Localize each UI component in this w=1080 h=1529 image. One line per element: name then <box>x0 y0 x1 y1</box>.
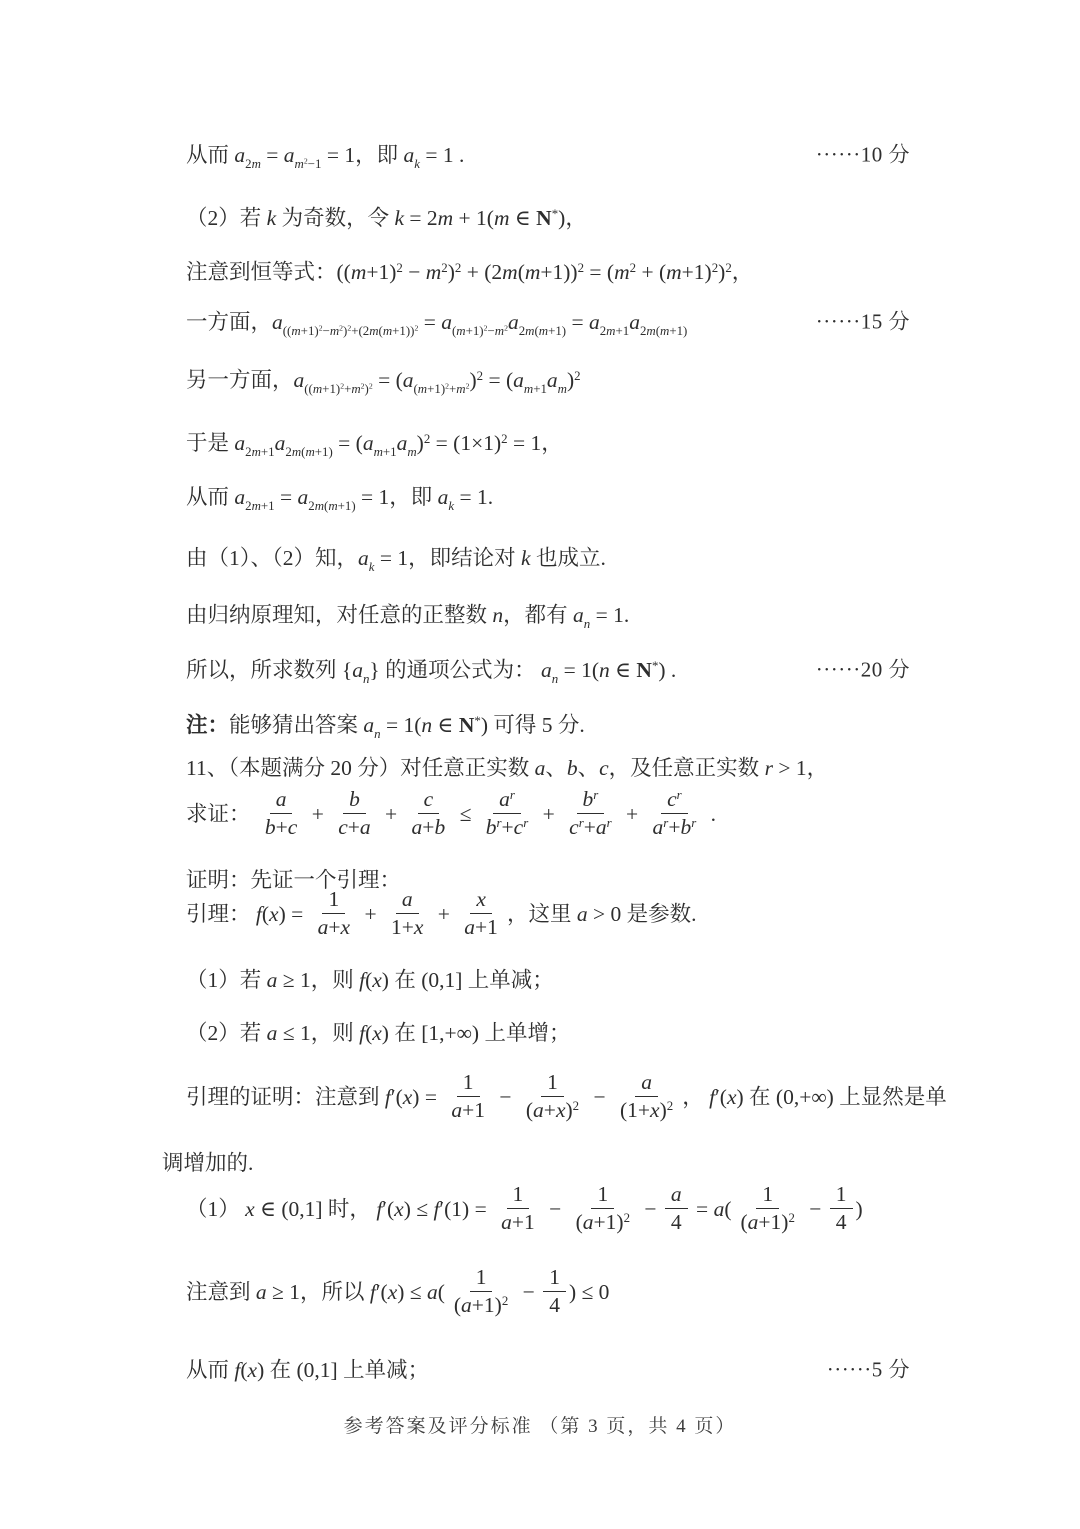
math-variable: a <box>272 310 283 334</box>
math-variable: a <box>234 431 245 455</box>
text-run: 1 <box>762 1182 773 1206</box>
math-variable: m <box>383 324 392 338</box>
text-run: = <box>691 1197 714 1221</box>
math-variable: m <box>252 157 261 171</box>
math-variable: a <box>748 1210 759 1234</box>
text-run: +1) <box>322 382 340 396</box>
math-variable: a <box>275 431 286 455</box>
text-run: 从而 <box>186 1358 234 1382</box>
math-variable: a <box>358 546 369 570</box>
text-run: 1 <box>513 1182 524 1206</box>
math-variable: n <box>599 658 610 682</box>
document-line: 注：能够猜出答案 an = 1(n ∈ N*) 可得 5 分. <box>186 709 910 741</box>
math-variable: m <box>315 499 324 513</box>
text-run: ) 在 (0,1] 上单减； <box>382 968 554 992</box>
math-variable: a <box>653 815 664 839</box>
text-run: +1) <box>315 445 333 459</box>
text-run: = 1，即 <box>321 143 403 167</box>
text-run: ) 可得 5 分. <box>481 713 585 737</box>
subscript: 2m+1 <box>245 499 274 513</box>
text-run: +(2 <box>351 324 369 338</box>
text-run: ( <box>518 260 525 284</box>
fraction-denominator: (a+x)2 <box>520 1097 585 1123</box>
math-variable: c <box>424 787 434 811</box>
text-run: 引理： <box>186 902 256 926</box>
text-run: ∈ (0,1] 时， <box>255 1197 377 1221</box>
text-run: ) <box>417 431 424 455</box>
text-run: （1）若 <box>186 968 267 992</box>
text-run: 1 <box>328 887 339 911</box>
superscript: r <box>593 788 598 802</box>
fraction-denominator: 4 <box>543 1292 566 1318</box>
math-variable: b <box>680 815 691 839</box>
text-run: +1 <box>475 915 498 939</box>
text-run: +1 <box>261 445 275 459</box>
page-footer: 参考答案及评分标准 （第 3 页，共 4 页） <box>0 1411 1080 1438</box>
math-variable: a <box>499 787 510 811</box>
text-run: − <box>403 260 426 284</box>
text-run: N <box>536 206 552 230</box>
subscript: 2m+1 <box>245 445 274 459</box>
text-run: 由归纳原理知，对任意的正整数 <box>186 603 492 627</box>
math-variable: a <box>403 143 414 167</box>
math-variable: x <box>248 1358 258 1382</box>
math-variable: m <box>418 382 427 396</box>
math-variable: m <box>558 382 567 396</box>
math-variable: r <box>523 816 528 830</box>
math-variable: a <box>589 310 600 334</box>
text-run: . <box>705 802 716 826</box>
document-line: 注意到恒等式：((m+1)2 − m2)2 + (2m(m+1))2 = (m2… <box>186 256 910 288</box>
fraction: arbr+cr <box>480 787 535 839</box>
fraction: 14 <box>543 1265 566 1317</box>
math-variable: a <box>363 431 374 455</box>
document-line: 一方面，a((m+1)2−m2)2+(2m(m+1))2 = a(m+1)2−m… <box>186 306 910 338</box>
math-variable: x <box>341 915 351 939</box>
math-variable: x <box>403 1085 413 1109</box>
text-run: （2）若 <box>186 206 267 230</box>
math-variable: a <box>508 310 519 334</box>
fraction-numerator: c <box>418 787 440 814</box>
math-variable: a <box>284 143 295 167</box>
text-run: ′( <box>382 1197 394 1221</box>
text-run: (( <box>304 382 313 396</box>
fraction-denominator: a+1 <box>495 1209 541 1235</box>
math-variable: c <box>338 815 348 839</box>
subscript: (m+1)2+m2 <box>414 382 470 396</box>
text-run: 2 <box>574 369 580 383</box>
text-run: 证明：先证一个引理： <box>186 868 401 892</box>
text-run: 另一方面， <box>186 368 294 392</box>
document-line: 求证： ab+c + bc+a + ca+b ≤ arbr+cr + brcr+… <box>186 790 910 842</box>
math-variable: k <box>394 206 404 230</box>
math-variable: b <box>486 815 497 839</box>
text-run: − <box>588 1085 611 1109</box>
text-run: ，这里 <box>507 902 577 926</box>
fraction: 14 <box>830 1182 853 1234</box>
text-run: + <box>502 815 514 839</box>
text-run: +1) <box>366 260 396 284</box>
text-run: ) <box>448 260 455 284</box>
math-variable: m <box>426 260 442 284</box>
text-run: +1 <box>615 324 629 338</box>
text-run: +1) <box>682 260 712 284</box>
math-variable: c <box>667 787 677 811</box>
text-run: （2）若 <box>186 1021 267 1045</box>
text-run: ( <box>240 1358 247 1382</box>
math-variable: m <box>438 206 454 230</box>
text-run: +1) <box>427 382 445 396</box>
text-run: = 1. <box>454 485 493 509</box>
text-run: 从而 <box>186 143 234 167</box>
text-run: 1 <box>547 1070 558 1094</box>
document-line: 引理： f(x) = 1a+x + a1+x + xa+1，这里 a > 0 是… <box>186 890 910 942</box>
fraction: a(1+x)2 <box>614 1070 679 1122</box>
text-run: = 1( <box>381 713 422 737</box>
text-run: 11、（本题满分 20 分）对任意正实数 <box>186 756 535 780</box>
math-variable: a <box>573 603 584 627</box>
fraction-denominator: a+1 <box>458 914 504 940</box>
fraction: a1+x <box>385 887 429 939</box>
fraction-numerator: 1 <box>541 1070 564 1097</box>
math-variable: a <box>403 368 414 392</box>
text-run: = 1. <box>590 603 629 627</box>
text-run: 为奇数，令 <box>276 206 394 230</box>
text-run: ) . <box>658 658 676 682</box>
fraction: 1a+1 <box>445 1070 491 1122</box>
math-variable: b <box>265 815 276 839</box>
math-variable: a <box>427 1280 438 1304</box>
fraction-denominator: ar+br <box>647 814 703 840</box>
math-variable: x <box>727 1085 737 1109</box>
text-run: 、 <box>578 756 600 780</box>
math-variable: r <box>593 788 598 802</box>
math-variable: a <box>402 887 413 911</box>
fraction-denominator: (a+1)2 <box>570 1209 636 1235</box>
fraction-denominator: a+1 <box>445 1097 491 1123</box>
fraction-numerator: a <box>635 1070 658 1097</box>
document-line: 调增加的. <box>162 1147 886 1179</box>
text-run: +1) <box>301 324 319 338</box>
math-variable: r <box>691 816 696 830</box>
fraction-denominator: br+cr <box>480 814 535 840</box>
math-variable: m <box>292 445 301 459</box>
text-run: + <box>584 815 596 839</box>
math-variable: n <box>421 713 432 737</box>
math-variable: a <box>513 368 524 392</box>
text-run: ( <box>724 1197 731 1221</box>
fraction: 1(a+1)2 <box>570 1182 636 1234</box>
text-run: ) = <box>279 902 309 926</box>
document-line: 从而 f(x) 在 (0,1] 上单减；······5 分 <box>186 1354 910 1386</box>
document-line: 由归纳原理知，对任意的正整数 n，都有 an = 1. <box>186 599 910 631</box>
math-variable: x <box>372 1021 382 1045</box>
fraction-numerator: a <box>270 787 293 814</box>
superscript: 2 <box>624 1211 630 1225</box>
math-variable: a <box>267 1021 278 1045</box>
text-run: + <box>544 1098 556 1122</box>
text-run: 1 <box>836 1182 847 1206</box>
math-variable: a <box>641 1070 652 1094</box>
subscript: 2m+1 <box>600 324 629 338</box>
math-variable: a <box>294 368 305 392</box>
text-run: = 2 <box>404 206 438 230</box>
math-variable: r <box>765 756 773 780</box>
math-variable: m <box>495 324 504 338</box>
text-run: +1 <box>383 445 397 459</box>
math-variable: m <box>524 382 533 396</box>
text-run: ) 在 [1,+∞) 上单增； <box>382 1021 571 1045</box>
subscript: m+1 <box>374 445 397 459</box>
math-variable: a <box>629 310 640 334</box>
text-run: = <box>566 310 589 334</box>
math-variable: x <box>650 1098 660 1122</box>
text-run: 能够猜出答案 <box>229 713 363 737</box>
text-run: ，都有 <box>503 603 573 627</box>
math-variable: m <box>328 499 337 513</box>
fraction-denominator: 4 <box>665 1209 688 1235</box>
math-variable: a <box>412 815 423 839</box>
text-run: +1) <box>594 1210 624 1234</box>
math-variable: m <box>407 445 416 459</box>
document-line: 引理的证明：注意到 f′(x) = 1a+1 − 1(a+x)2 − a(1+x… <box>186 1073 910 1125</box>
text-run: 2 <box>667 1099 673 1113</box>
fraction-denominator: a+b <box>406 814 452 840</box>
math-variable: a <box>438 485 449 509</box>
fraction-denominator: 1+x <box>385 914 429 940</box>
math-variable: n <box>492 603 503 627</box>
answer-sheet-page: 从而 a2m = am2−1 = 1，即 ak = 1 .······10 分（… <box>0 0 1080 1529</box>
text-run: 一方面， <box>186 310 272 334</box>
score-mark: ······15 分 <box>816 306 910 338</box>
superscript: 2 <box>667 1099 673 1113</box>
math-variable: a <box>714 1197 725 1221</box>
text-run: ( <box>438 1280 445 1304</box>
text-run: ， <box>732 260 754 284</box>
text-run: +1 <box>462 1098 485 1122</box>
text-run: 2 <box>502 1294 508 1308</box>
text-run: = ( <box>373 368 403 392</box>
superscript: r <box>523 816 528 830</box>
fraction-numerator: a <box>396 887 419 914</box>
superscript: 2 <box>502 1294 508 1308</box>
math-variable: m <box>351 260 367 284</box>
math-variable: a <box>451 1098 462 1122</box>
text-run: N <box>636 658 652 682</box>
math-variable: c <box>288 815 298 839</box>
document-line: 由（1）、（2）知，ak = 1，即结论对 k 也成立. <box>186 542 910 574</box>
text-run: ′( <box>391 1085 403 1109</box>
text-run: + <box>537 802 560 826</box>
superscript: 2 <box>788 1211 794 1225</box>
subscript: 2m(m+1) <box>640 324 687 338</box>
text-run: +1 <box>261 499 275 513</box>
text-run: 4 <box>671 1210 682 1234</box>
fraction-denominator: 4 <box>830 1209 853 1235</box>
subscript: 2m(m+1) <box>285 445 332 459</box>
document-line: 于是 a2m+1a2m(m+1) = (am+1am)2 = (1×1)2 = … <box>186 427 910 459</box>
math-variable: a <box>234 143 245 167</box>
math-variable: r <box>677 788 682 802</box>
math-variable: a <box>352 658 363 682</box>
math-variable: a <box>533 1098 544 1122</box>
text-run: = 1， <box>508 431 563 455</box>
text-run: ) <box>469 368 476 392</box>
math-variable: a <box>360 815 371 839</box>
math-variable: m <box>614 260 630 284</box>
text-run: 1 <box>549 1265 560 1289</box>
text-run: + <box>432 902 455 926</box>
text-run: + <box>306 802 329 826</box>
math-variable: a <box>464 915 475 939</box>
text-run: 4 <box>836 1210 847 1234</box>
math-variable: a <box>541 658 552 682</box>
math-variable: m <box>660 324 669 338</box>
math-variable: m <box>646 324 655 338</box>
text-run: 调增加的. <box>162 1151 253 1175</box>
text-run: = ( <box>584 260 614 284</box>
text-run: ) <box>660 1098 667 1122</box>
subscript: m <box>558 382 567 396</box>
math-variable: a <box>267 968 278 992</box>
math-variable: c <box>599 756 609 780</box>
math-variable: m <box>456 382 465 396</box>
text-run: 、 <box>545 756 567 780</box>
text-run: ( <box>262 902 269 926</box>
math-variable: x <box>414 915 424 939</box>
text-run: （1） <box>186 1197 245 1221</box>
math-variable: r <box>510 788 515 802</box>
fraction: ca+b <box>406 787 452 839</box>
text-run: 所以，所求数列 { <box>186 658 352 682</box>
math-variable: x <box>269 902 279 926</box>
math-variable: a <box>276 787 287 811</box>
text-run: ) ≤ <box>397 1280 427 1304</box>
text-run: ) = <box>412 1085 442 1109</box>
math-variable: x <box>556 1098 566 1122</box>
math-variable: a <box>256 1280 267 1304</box>
fraction: xa+1 <box>458 887 504 939</box>
math-variable: r <box>607 816 612 830</box>
math-variable: m <box>313 382 322 396</box>
subscript: 2m(m+1) <box>519 324 566 338</box>
text-run: ≥ 1，则 <box>277 968 359 992</box>
text-run: +1) <box>472 1293 502 1317</box>
text-run: 也成立. <box>531 546 606 570</box>
text-run: + (2 <box>461 260 502 284</box>
text-run: ) <box>565 1098 572 1122</box>
text-run: − <box>544 1197 567 1221</box>
math-variable: m <box>291 324 300 338</box>
text-run: +1)) <box>392 324 414 338</box>
text-run: ≥ 1，所以 <box>267 1280 370 1304</box>
score-mark: ······20 分 <box>816 654 910 686</box>
subscript: 2m <box>245 157 261 171</box>
superscript: r <box>677 788 682 802</box>
fraction-numerator: 1 <box>830 1182 853 1209</box>
math-variable: m <box>494 206 510 230</box>
subscript: 2m(m+1) <box>308 499 355 513</box>
fraction: 1(a+1)2 <box>448 1265 514 1317</box>
text-run: +1) <box>466 324 484 338</box>
text-run: = <box>275 485 298 509</box>
fraction-numerator: a <box>665 1182 688 1209</box>
text-run: 1 <box>597 1182 608 1206</box>
text-run: −1 <box>308 157 322 171</box>
fraction: bc+a <box>332 787 376 839</box>
text-run: + <box>328 915 340 939</box>
text-run: +1) <box>338 499 356 513</box>
text-run: 注： <box>186 713 229 737</box>
fraction-denominator: (a+1)2 <box>734 1209 800 1235</box>
math-variable: x <box>388 1280 398 1304</box>
text-run: ≤ 1，则 <box>277 1021 359 1045</box>
text-run: + <box>422 815 434 839</box>
text-run: ∈ <box>510 206 537 230</box>
text-run: 求证： <box>186 802 256 826</box>
text-run: = ( <box>483 368 513 392</box>
text-run: − <box>517 1280 540 1304</box>
math-variable: a <box>234 485 245 509</box>
text-run: +1) <box>669 324 687 338</box>
text-run: ) ≤ <box>404 1197 434 1221</box>
text-run: + <box>359 902 382 926</box>
math-variable: m <box>252 445 261 459</box>
math-variable: m <box>330 324 339 338</box>
document-line: 11、（本题满分 20 分）对任意正实数 a、b、c，及任意正实数 r > 1， <box>186 752 910 784</box>
text-run: 于是 <box>186 431 234 455</box>
fraction: 1a+1 <box>495 1182 541 1234</box>
text-run: − <box>494 1085 517 1109</box>
text-run: ≤ <box>454 802 477 826</box>
text-run: = 1( <box>558 658 599 682</box>
math-variable: m <box>666 260 682 284</box>
score-mark: ······10 分 <box>816 139 910 171</box>
document-line: 从而 a2m+1 = a2m(m+1) = 1，即 ak = 1. <box>186 481 910 513</box>
fraction-denominator: c+a <box>332 814 376 840</box>
superscript: 2 <box>574 369 580 383</box>
text-run: ∈ <box>432 713 459 737</box>
text-run: > 1， <box>773 756 828 780</box>
text-run: 4 <box>549 1293 560 1317</box>
fraction-numerator: 1 <box>457 1070 480 1097</box>
text-run: 2 <box>788 1211 794 1225</box>
fraction-numerator: 1 <box>591 1182 614 1209</box>
text-run: = ( <box>333 431 363 455</box>
subscript: ((m+1)2−m2)2+(2m(m+1))2 <box>283 324 419 338</box>
text-run: +1 <box>512 1210 535 1234</box>
text-run: +1)) <box>540 260 577 284</box>
superscript: r <box>607 816 612 830</box>
fraction-denominator: b+c <box>259 814 303 840</box>
subscript: ((m+1)2+m2)2 <box>304 382 372 396</box>
math-variable: a <box>397 431 408 455</box>
document-line: （1）若 a ≥ 1，则 f(x) 在 (0,1] 上单减； <box>186 964 910 996</box>
text-run: 注意到恒等式：(( <box>186 260 351 284</box>
math-variable: x <box>245 1197 255 1221</box>
fraction-denominator: a+x <box>312 914 356 940</box>
text-run: > 0 是参数. <box>588 902 697 926</box>
text-run: + <box>348 815 360 839</box>
fraction-denominator: (1+x)2 <box>614 1097 679 1123</box>
document-line: （2）若 k 为奇数，令 k = 2m + 1(m ∈ N*)， <box>186 202 910 234</box>
score-mark: ······5 分 <box>827 1354 910 1386</box>
fraction-numerator: b <box>343 787 366 814</box>
text-run: = <box>418 310 441 334</box>
math-variable: m <box>374 445 383 459</box>
fraction-numerator: 1 <box>322 887 345 914</box>
subscript: m+1 <box>524 382 547 396</box>
